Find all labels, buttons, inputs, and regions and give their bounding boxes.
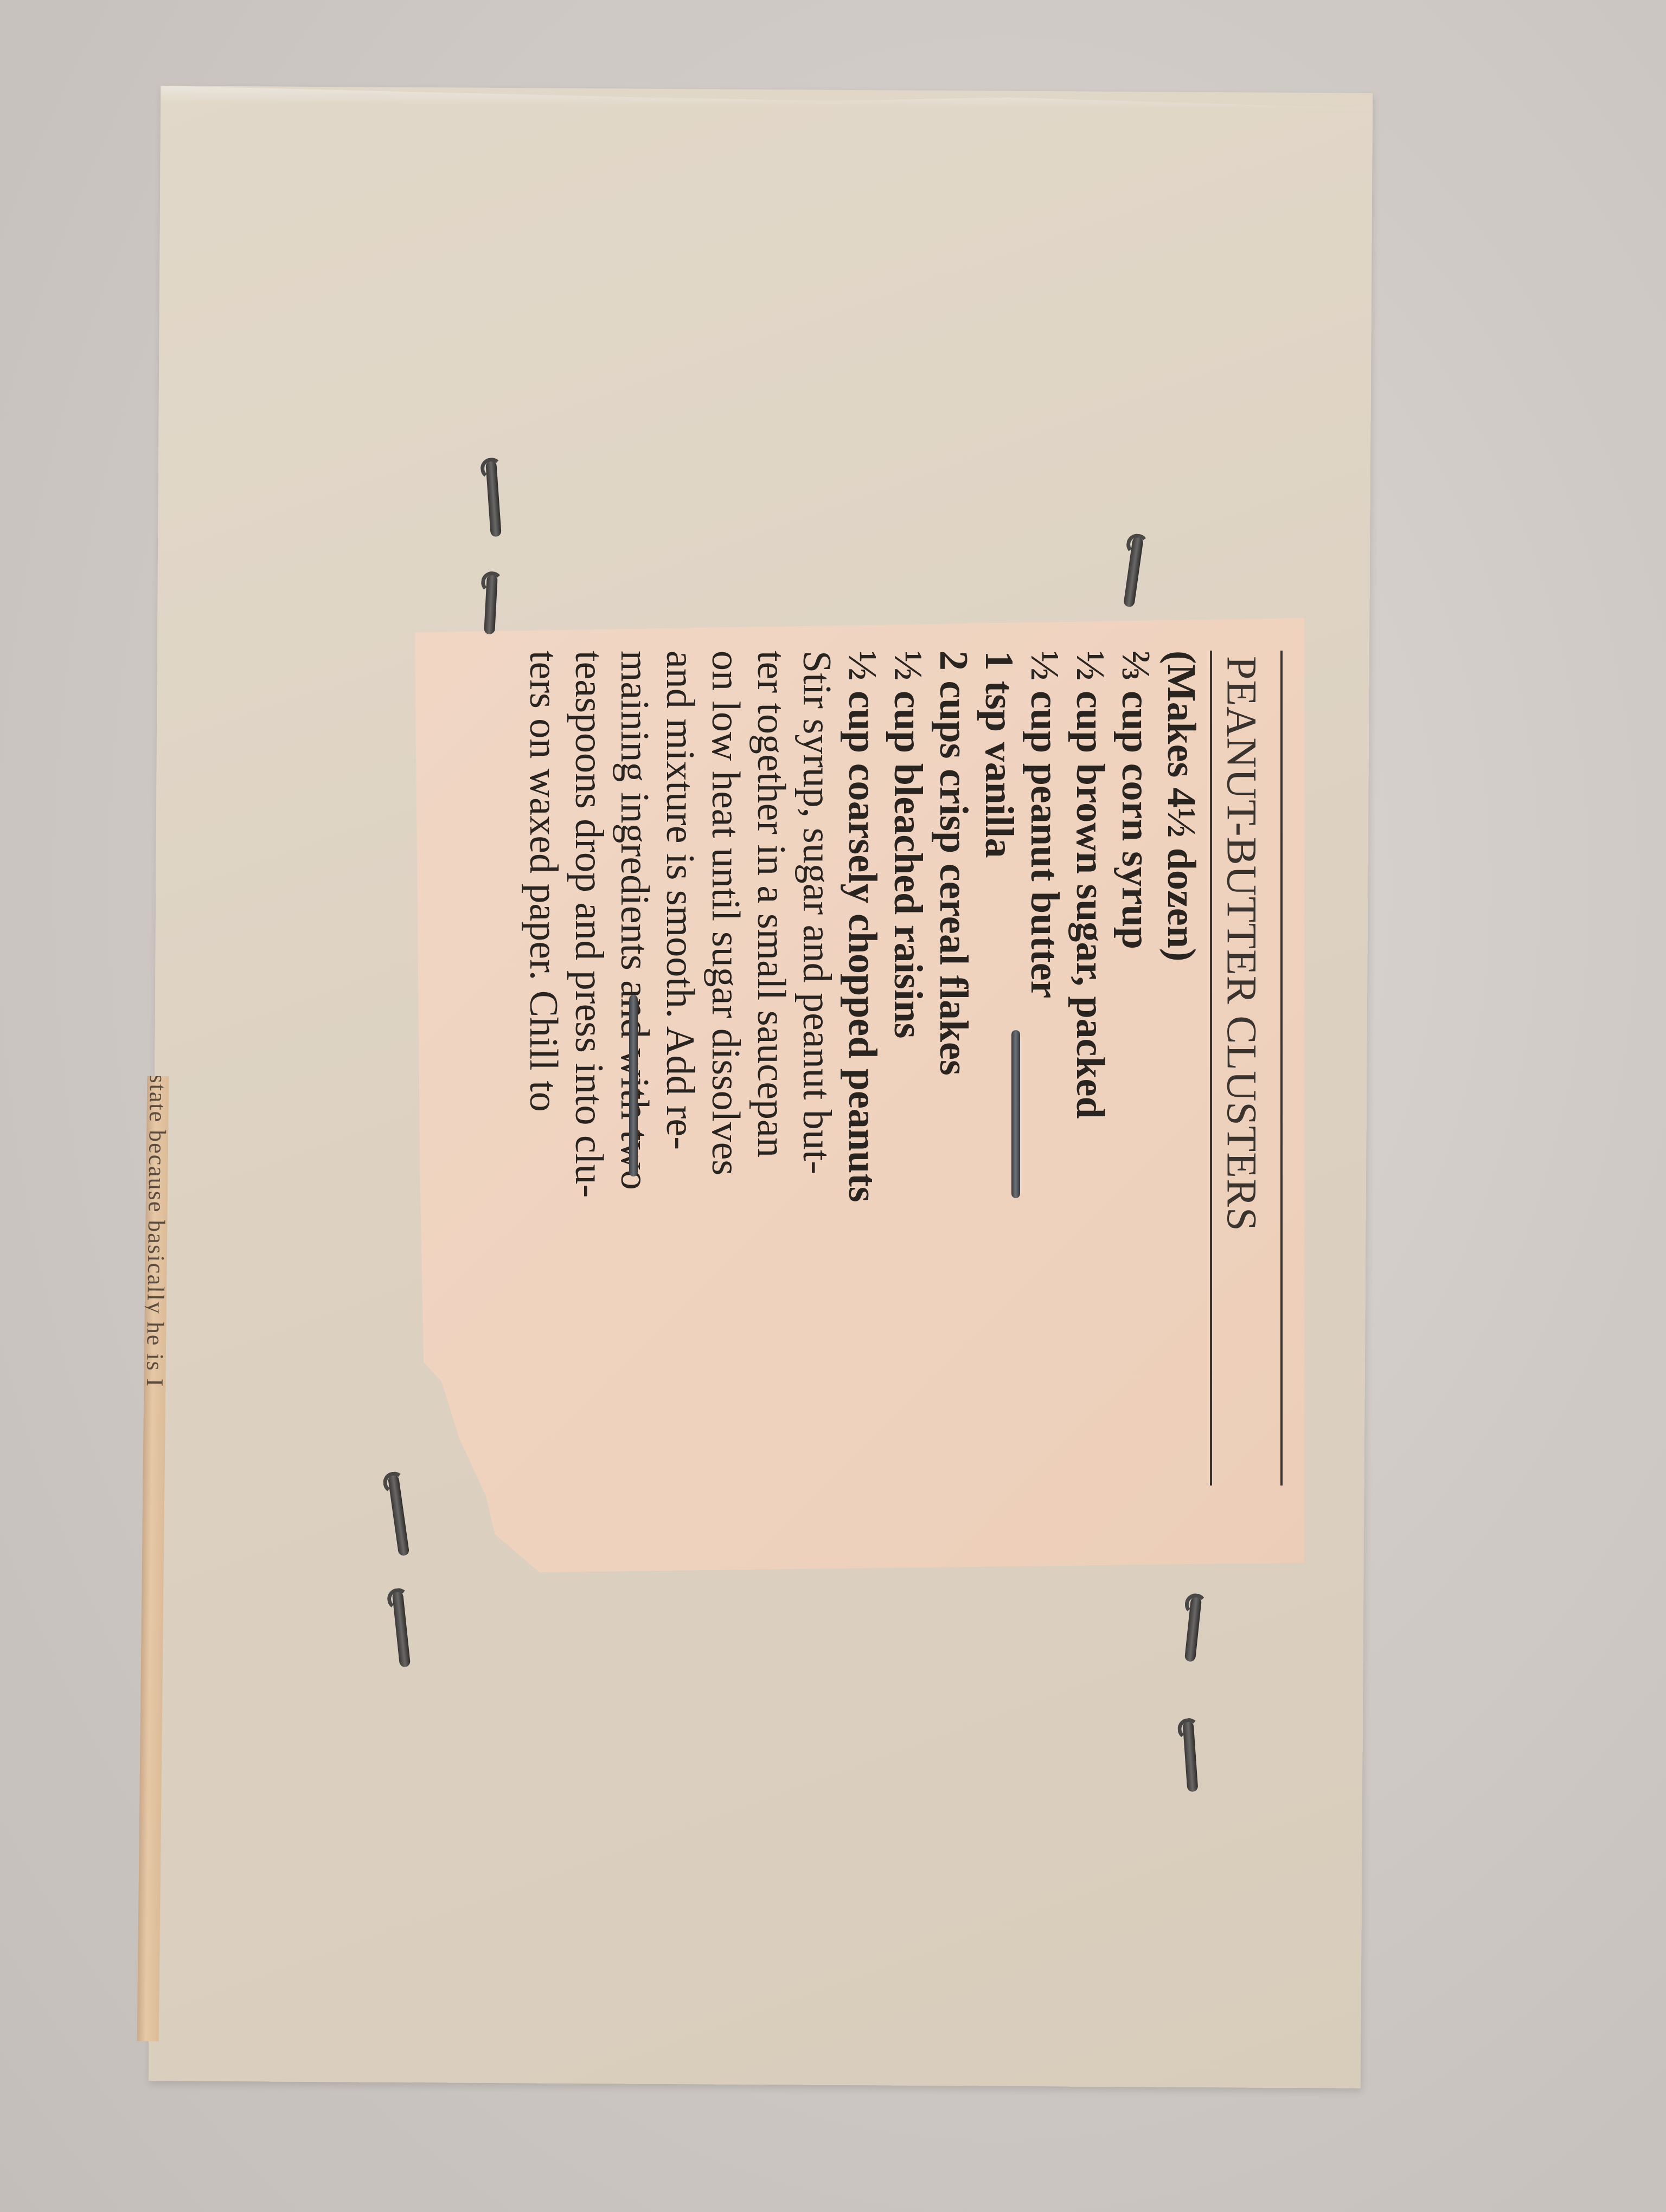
recipe-lines: (Makes 4½ dozen) ⅔ cup corn syrup ½ cup … <box>521 651 1204 1203</box>
ingredient-line: ½ cup bleached raisins <box>885 651 931 1203</box>
title-rule-bottom <box>1210 651 1212 1486</box>
instruction-line: ter together in a small saucepan <box>748 651 794 1203</box>
instruction-line: on low heat until sugar dissolves <box>703 651 748 1203</box>
instruction-line: and mixture is smooth. Add re- <box>657 651 703 1203</box>
ingredient-line: ½ cup peanut butter <box>1022 651 1067 1203</box>
instruction-line: teaspoons drop and press into clu- <box>566 651 612 1203</box>
recipe-title: PEANUT-BUTTER CLUSTERS <box>1218 656 1266 1231</box>
ingredient-line: ⅔ cup corn syrup <box>1113 651 1158 1203</box>
staple-over-text <box>629 995 638 1176</box>
ingredient-line: ½ cup brown sugar, packed <box>1067 651 1113 1203</box>
staple-over-text <box>1011 1030 1020 1198</box>
ingredient-line: 2 cups crisp cereal flakes <box>931 651 976 1203</box>
yield-line: (Makes 4½ dozen) <box>1158 651 1204 1203</box>
instruction-line: ters on waxed paper. Chill to <box>521 651 566 1203</box>
recipe-clipping: PEANUT-BUTTER CLUSTERS (Makes 4½ dozen) … <box>415 618 1304 1572</box>
title-rule-top <box>1280 651 1283 1486</box>
instruction-line: Stir syrup, sugar and peanut but- <box>794 651 840 1203</box>
ingredient-line: ½ cup coarsely chopped peanuts <box>840 651 885 1203</box>
recipe-text-block: PEANUT-BUTTER CLUSTERS (Makes 4½ dozen) … <box>426 634 1293 1556</box>
